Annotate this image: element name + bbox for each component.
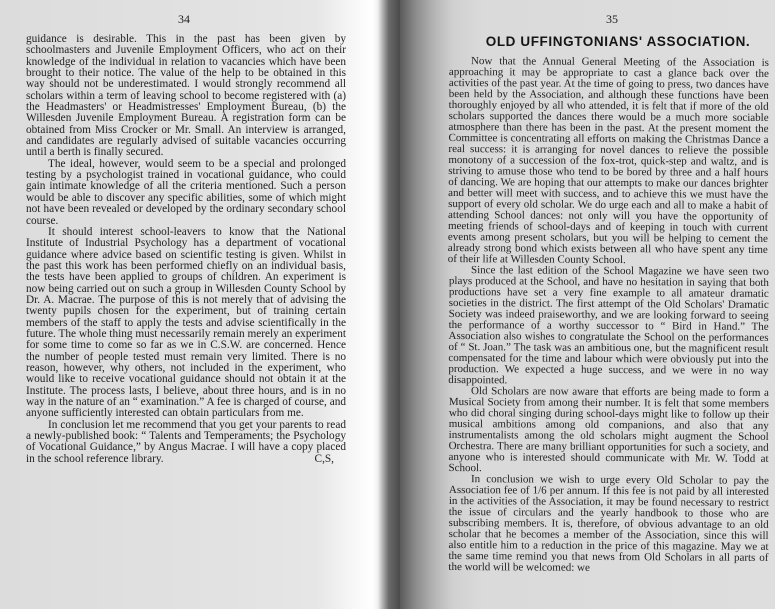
- right-page: 35 OLD UFFINGTONIANS' ASSOCIATION. Now t…: [400, 0, 775, 609]
- book-gutter: [372, 0, 400, 609]
- article-title: OLD UFFINGTONIANS' ASSOCIATION.: [478, 34, 758, 49]
- book-spread: 34 guidance is desirable. This in the pa…: [0, 0, 775, 609]
- paragraph: Old Scholars are now aware that efforts …: [448, 386, 769, 476]
- paragraph: guidance is desirable. This in the past …: [26, 34, 346, 159]
- paragraph: In conclusion we wish to urge every Old …: [448, 474, 769, 575]
- paragraph: In conclusion let me recommend that you …: [26, 420, 346, 465]
- page-number-left: 34: [169, 12, 199, 27]
- paragraph: Since the last edition of the School Mag…: [448, 265, 769, 388]
- signature: C,S,: [293, 454, 334, 465]
- left-page: 34 guidance is desirable. This in the pa…: [0, 0, 372, 609]
- paragraph: Now that the Annual General Meeting of t…: [448, 56, 769, 267]
- right-page-body: Now that the Annual General Meeting of t…: [449, 56, 769, 573]
- paragraph: It should interest school-leavers to kno…: [26, 227, 346, 420]
- left-page-body: guidance is desirable. This in the past …: [26, 34, 346, 465]
- paragraph: The ideal, however, would seem to be a s…: [26, 159, 346, 227]
- page-number-right: 35: [597, 12, 627, 27]
